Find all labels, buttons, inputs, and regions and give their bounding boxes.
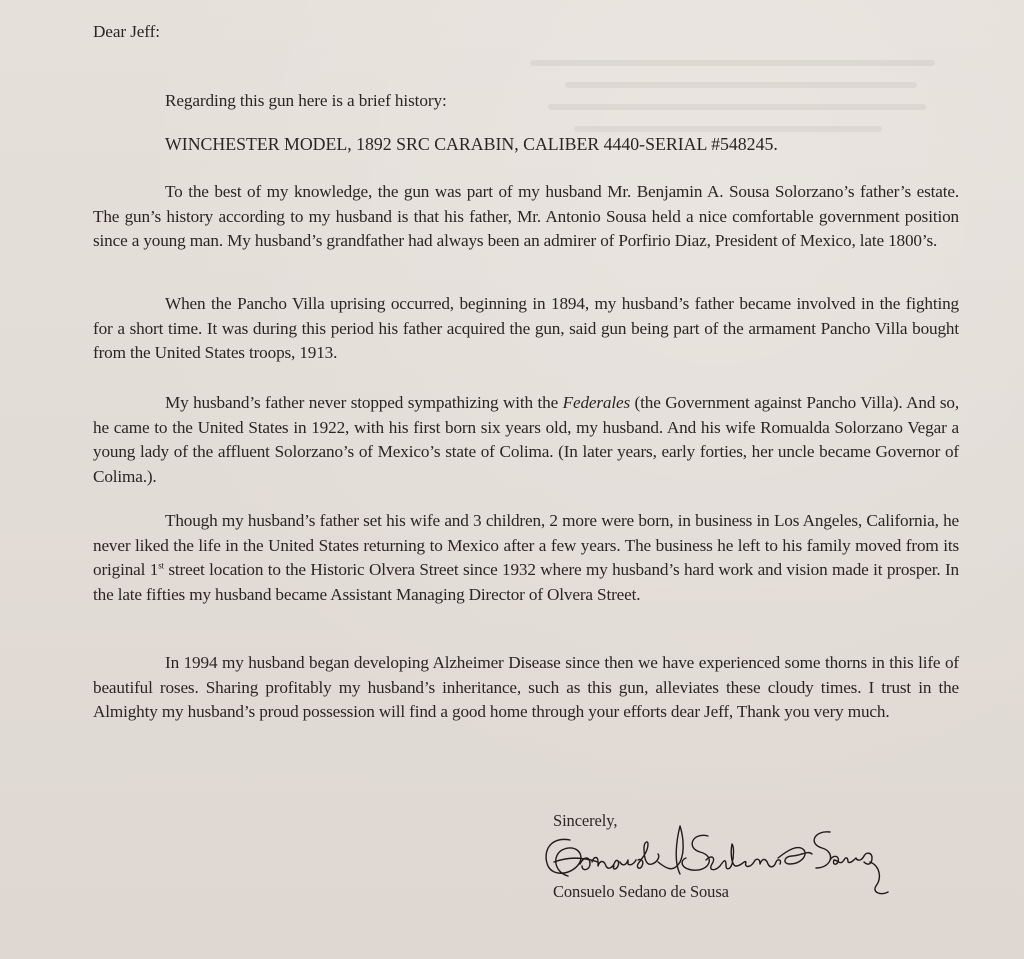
signer-name: Consuelo Sedano de Sousa (553, 882, 729, 902)
salutation: Dear Jeff: (93, 22, 160, 42)
federales-italic: Federales (563, 393, 630, 412)
paragraph-text: To the best of my knowledge, the gun was… (93, 182, 959, 250)
paragraph-pancho-villa: When the Pancho Villa uprising occurred,… (93, 292, 959, 366)
gun-description-heading: WINCHESTER MODEL, 1892 SRC CARABIN, CALI… (165, 134, 778, 155)
paragraph-text: My husband’s father never stopped sympat… (165, 393, 563, 412)
paragraph-olvera-street: Though my husband’s father set his wife … (93, 509, 959, 607)
paragraph-text: In 1994 my husband began developing Alzh… (93, 653, 959, 721)
paragraph-text: When the Pancho Villa uprising occurred,… (93, 294, 959, 362)
letter-page: Dear Jeff: Regarding this gun here is a … (0, 0, 1024, 959)
paragraph-federales: My husband’s father never stopped sympat… (93, 391, 959, 489)
paragraph-text: street location to the Historic Olvera S… (93, 560, 959, 604)
paragraph-estate: To the best of my knowledge, the gun was… (93, 180, 959, 254)
paragraph-alzheimer: In 1994 my husband began developing Alzh… (93, 651, 959, 725)
intro-line: Regarding this gun here is a brief histo… (165, 91, 447, 111)
